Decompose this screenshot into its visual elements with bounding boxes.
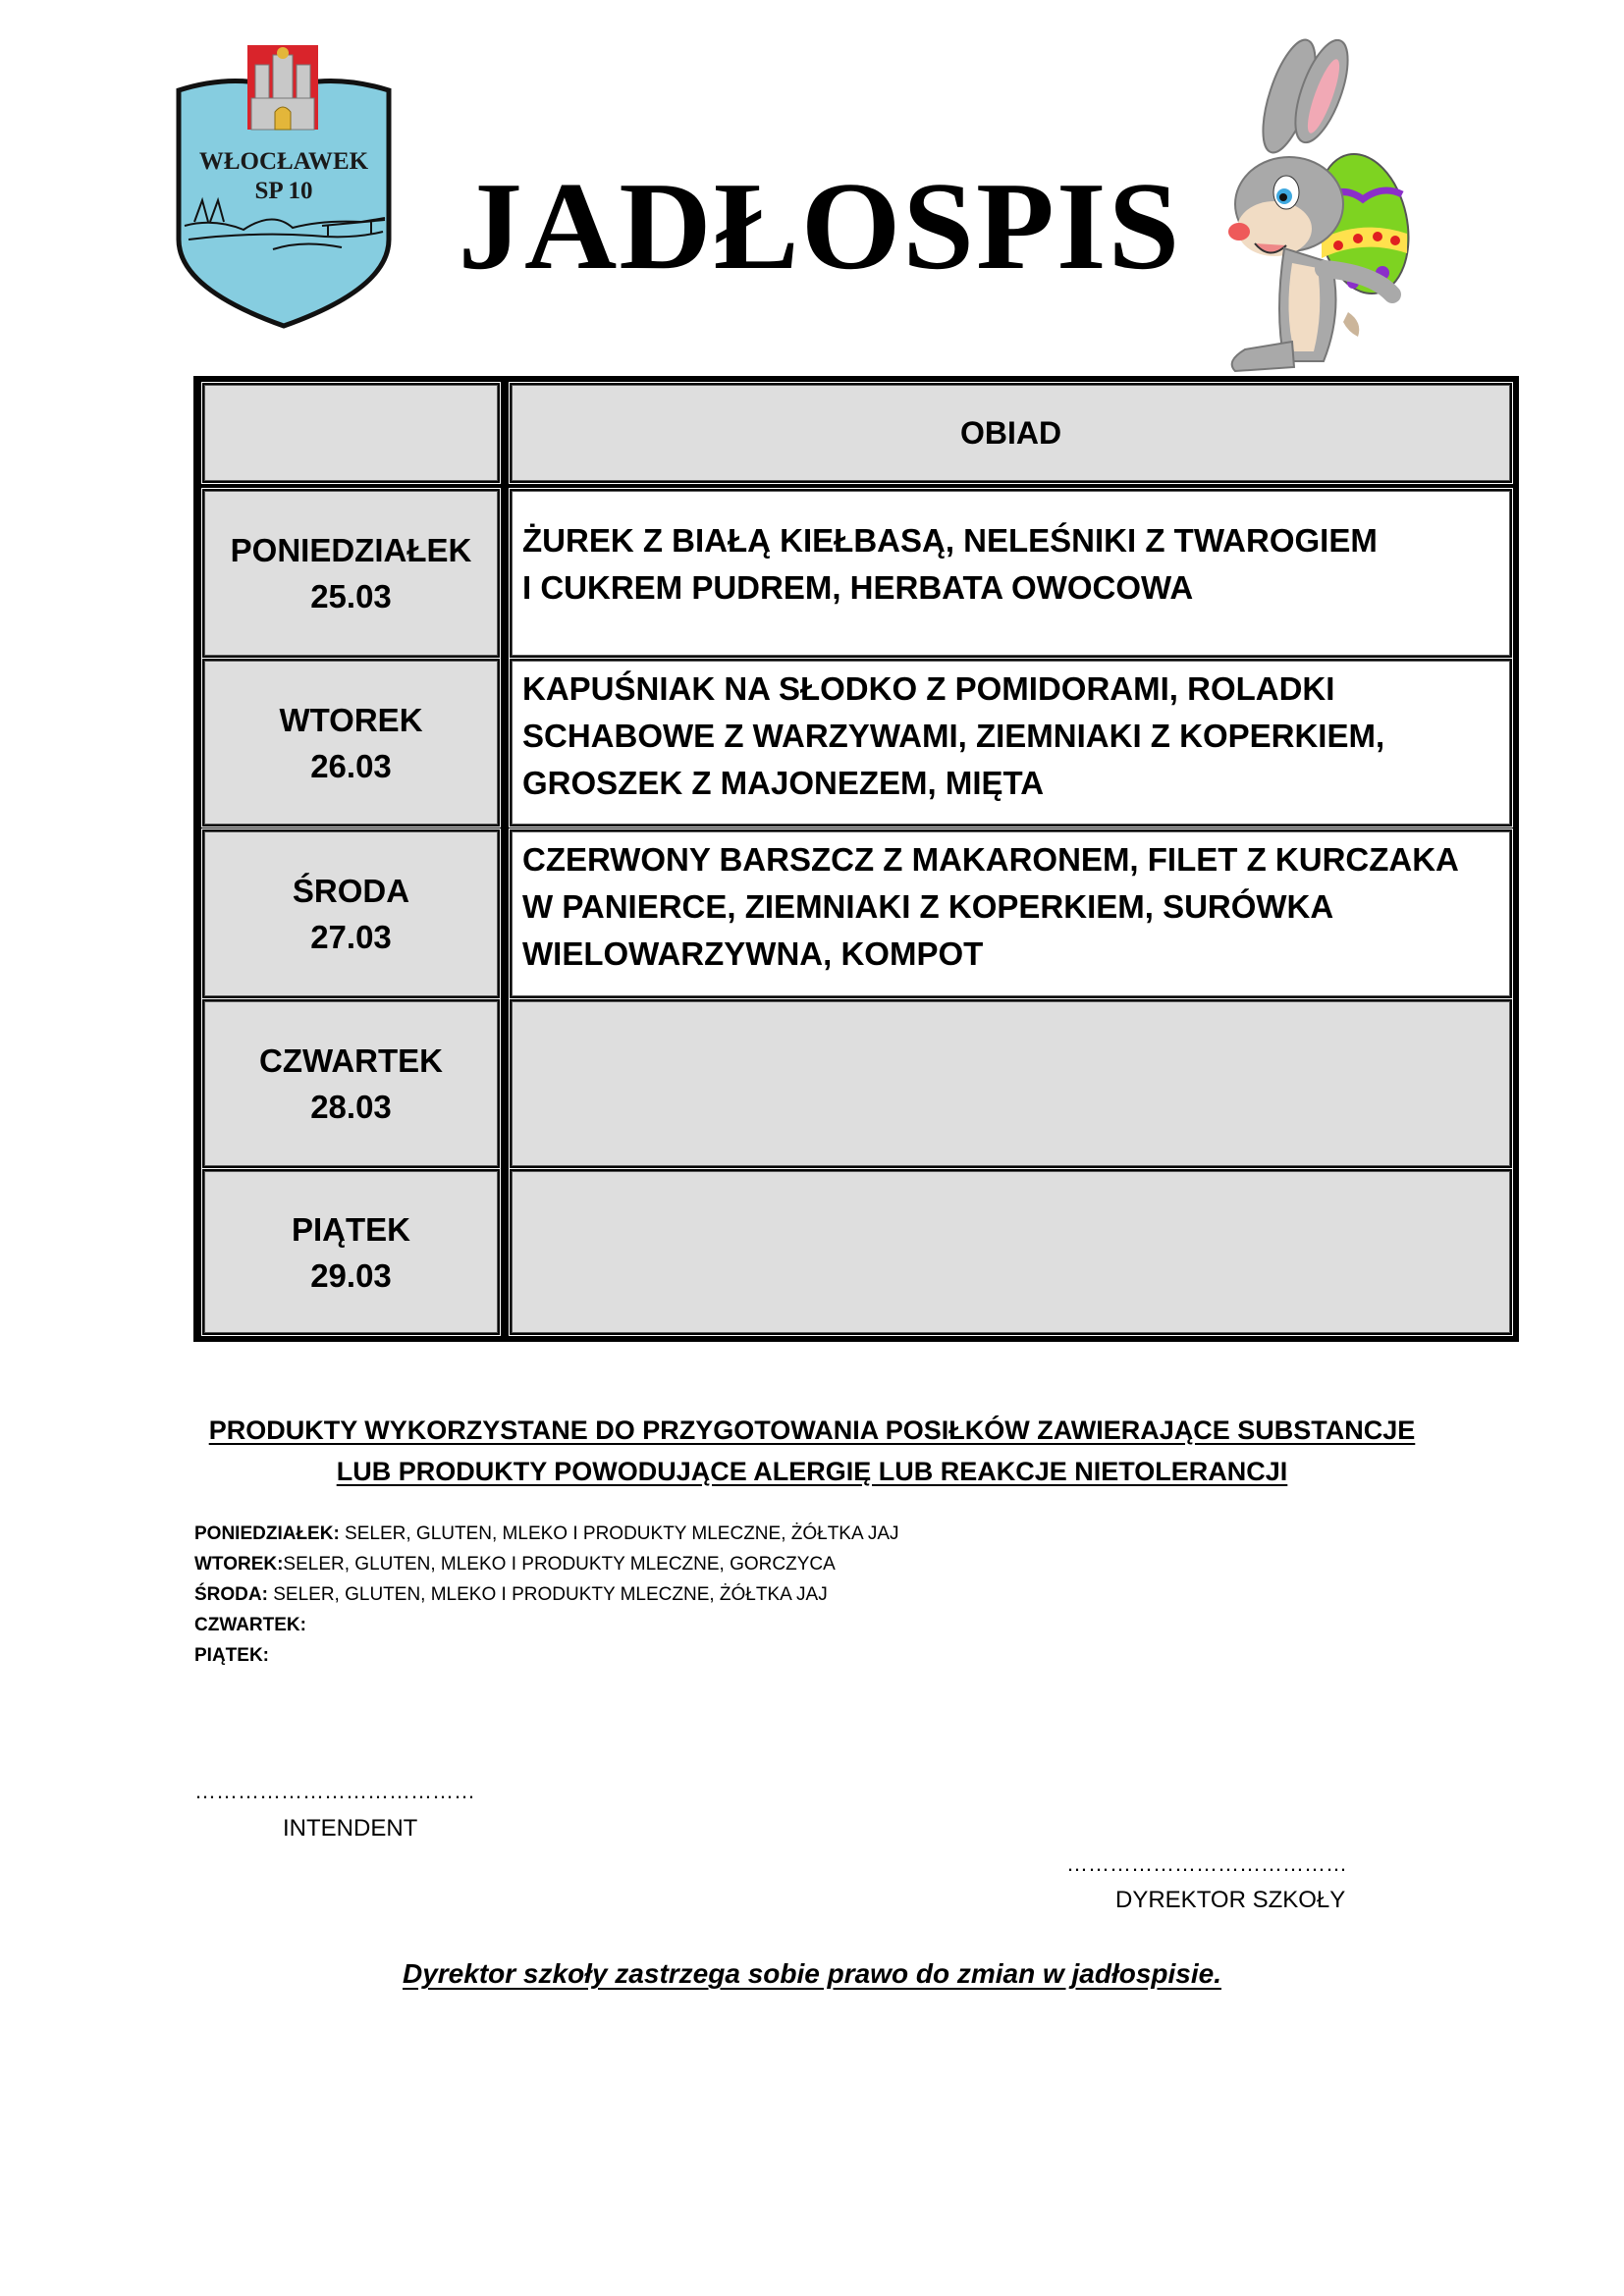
day-name: WTOREK bbox=[279, 697, 422, 743]
meal-cell: KAPUŚNIAK NA SŁODKO Z POMIDORAMI, ROLADK… bbox=[512, 661, 1510, 825]
meal-line: I CUKREM PUDREM, HERBATA OWOCOWA bbox=[522, 564, 1499, 612]
meal-column-header: OBIAD bbox=[512, 385, 1510, 481]
menu-table: OBIAD PONIEDZIAŁEK 25.03 ŻUREK Z BIAŁĄ K… bbox=[193, 376, 1519, 1342]
meal-cell-empty bbox=[512, 1171, 1510, 1333]
meal-cell: ŻUREK Z BIAŁĄ KIEŁBASĄ, NELEŚNIKI Z TWAR… bbox=[512, 491, 1510, 656]
list-item: PIĄTEK: bbox=[194, 1640, 899, 1671]
day-date: 29.03 bbox=[310, 1253, 392, 1299]
day-name: CZWARTEK bbox=[259, 1038, 443, 1084]
allergen-text: SELER, GLUTEN, MLEKO I PRODUKTY MLECZNE,… bbox=[283, 1554, 835, 1575]
allergen-heading: PRODUKTY WYKORZYSTANE DO PRZYGOTOWANIA P… bbox=[147, 1410, 1477, 1492]
allergen-text: SELER, GLUTEN, MLEKO I PRODUKTY MLECZNE,… bbox=[340, 1523, 899, 1544]
page-title: JADŁOSPIS bbox=[439, 157, 1200, 294]
easter-bunny-icon bbox=[1216, 37, 1427, 386]
allergen-day: ŚRODA: bbox=[194, 1584, 268, 1605]
school-crest-icon: WŁOCŁAWEK SP 10 bbox=[175, 43, 393, 330]
meal-line: GROSZEK Z MAJONEZEM, MIĘTA bbox=[522, 760, 1499, 807]
day-name: PIĄTEK bbox=[292, 1206, 410, 1253]
table-corner-cell bbox=[204, 385, 498, 481]
meal-cell: CZERWONY BARSZCZ Z MAKARONEM, FILET Z KU… bbox=[512, 831, 1510, 996]
meal-line: CZERWONY BARSZCZ Z MAKARONEM, FILET Z KU… bbox=[522, 836, 1499, 883]
list-item: PONIEDZIAŁEK: SELER, GLUTEN, MLEKO I PRO… bbox=[194, 1519, 899, 1549]
director-label: DYREKTOR SZKOŁY bbox=[1115, 1887, 1345, 1914]
table-row-day: PIĄTEK 29.03 bbox=[204, 1171, 498, 1333]
list-item: ŚRODA: SELER, GLUTEN, MLEKO I PRODUKTY M… bbox=[194, 1579, 899, 1610]
table-row-day: PONIEDZIAŁEK 25.03 bbox=[204, 491, 498, 656]
meal-line: ŻUREK Z BIAŁĄ KIEŁBASĄ, NELEŚNIKI Z TWAR… bbox=[522, 517, 1499, 564]
table-row-day: WTOREK 26.03 bbox=[204, 661, 498, 825]
meal-line: SCHABOWE Z WARZYWAMI, ZIEMNIAKI Z KOPERK… bbox=[522, 713, 1499, 760]
allergen-day: PIĄTEK: bbox=[194, 1645, 269, 1666]
intendent-label: INTENDENT bbox=[283, 1815, 417, 1842]
list-item: CZWARTEK: bbox=[194, 1610, 899, 1640]
director-signature-line: ………………………………… bbox=[1066, 1851, 1347, 1877]
table-row-day: CZWARTEK 28.03 bbox=[204, 1001, 498, 1166]
day-date: 26.03 bbox=[310, 743, 392, 789]
allergen-day: PONIEDZIAŁEK: bbox=[194, 1523, 340, 1544]
allergen-day: WTOREK: bbox=[194, 1554, 283, 1575]
allergen-day: CZWARTEK: bbox=[194, 1615, 306, 1635]
meal-line: W PANIERCE, ZIEMNIAKI Z KOPERKIEM, SURÓW… bbox=[522, 883, 1499, 931]
meal-cell-empty bbox=[512, 1001, 1510, 1166]
day-date: 25.03 bbox=[310, 573, 392, 619]
crest-line2: SP 10 bbox=[254, 178, 312, 204]
allergen-heading-line2: LUB PRODUKTY POWODUJĄCE ALERGIĘ LUB REAK… bbox=[337, 1457, 1288, 1486]
intendent-signature-line: ………………………………… bbox=[194, 1779, 475, 1804]
day-name: PONIEDZIAŁEK bbox=[231, 527, 472, 573]
allergen-heading-line1: PRODUKTY WYKORZYSTANE DO PRZYGOTOWANIA P… bbox=[209, 1415, 1416, 1445]
list-item: WTOREK:SELER, GLUTEN, MLEKO I PRODUKTY M… bbox=[194, 1549, 899, 1579]
day-name: ŚRODA bbox=[293, 868, 409, 914]
meal-line: WIELOWARZYWNA, KOMPOT bbox=[522, 931, 1499, 978]
table-row-day: ŚRODA 27.03 bbox=[204, 831, 498, 996]
meal-line: KAPUŚNIAK NA SŁODKO Z POMIDORAMI, ROLADK… bbox=[522, 666, 1499, 713]
day-date: 27.03 bbox=[310, 914, 392, 960]
footer-note: Dyrektor szkoły zastrzega sobie prawo do… bbox=[147, 1958, 1477, 1990]
allergen-list: PONIEDZIAŁEK: SELER, GLUTEN, MLEKO I PRO… bbox=[194, 1519, 899, 1671]
allergen-text: SELER, GLUTEN, MLEKO I PRODUKTY MLECZNE,… bbox=[268, 1584, 828, 1605]
crest-line1: WŁOCŁAWEK bbox=[199, 148, 369, 175]
day-date: 28.03 bbox=[310, 1084, 392, 1130]
